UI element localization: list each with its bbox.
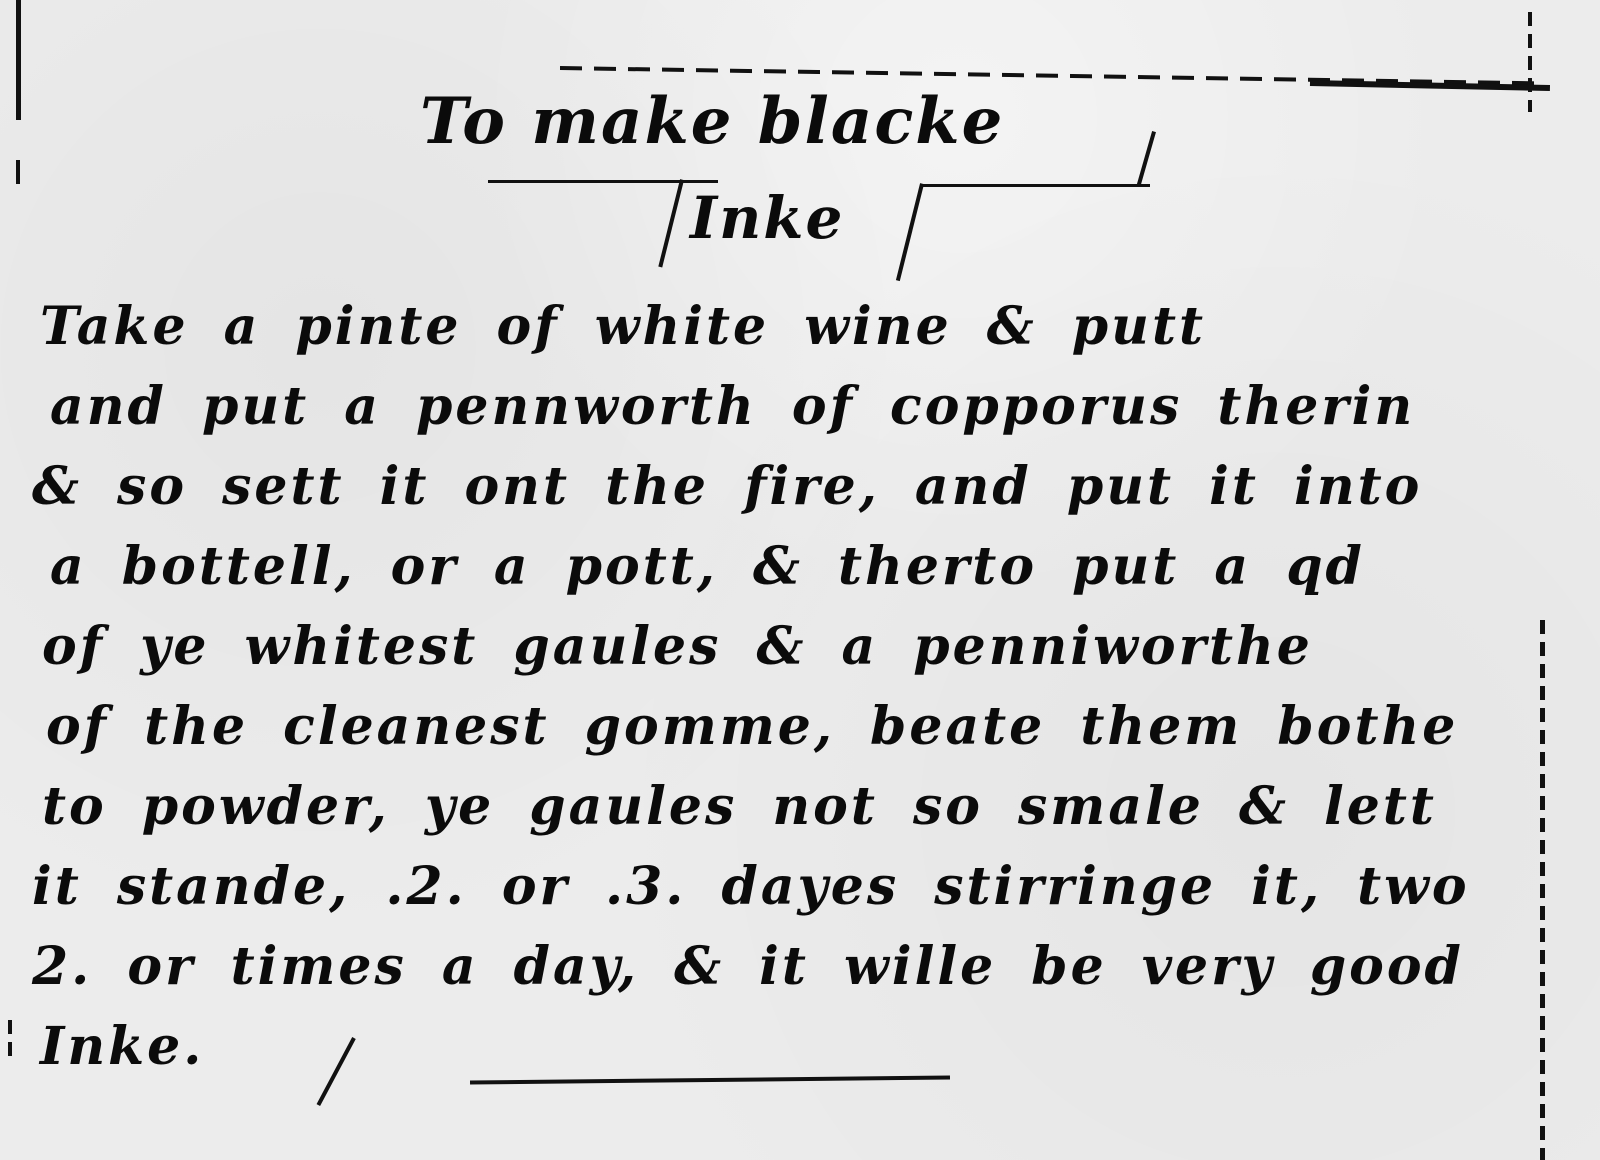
recipe-title: To make blacke Inke: [400, 74, 1200, 264]
body-line: it stande, .2. or .3. dayes stirringe it…: [32, 846, 1552, 928]
body-line: Inke.: [40, 1006, 1560, 1088]
title-bracket-end: [1137, 131, 1159, 187]
title-bracket-left: [658, 179, 687, 268]
left-margin-dots: [8, 1020, 12, 1060]
body-line: 2. or times a day, & it wille be very go…: [32, 926, 1552, 1008]
title-bracket-right: [896, 183, 927, 282]
left-margin-rule: [16, 0, 21, 120]
title-underline-right: [920, 184, 1150, 187]
body-line: Take a pinte of white wine & putt: [40, 286, 1560, 368]
body-line: of ye whitest gaules & a penniworthe: [42, 606, 1562, 688]
title-line-2: Inke: [690, 184, 844, 252]
body-line: of the cleanest gomme, beate them bothe: [46, 686, 1566, 768]
body-line: & so sett it ont the fire, and put it in…: [32, 446, 1552, 528]
right-margin-rule-top: [1528, 12, 1532, 112]
left-margin-rule-fragment: [16, 160, 20, 184]
body-line: to powder, ye gaules not so smale & lett: [42, 766, 1562, 848]
body-line: and put a pennworth of copporus therin: [50, 366, 1570, 448]
title-line-1: To make blacke: [420, 84, 1004, 159]
manuscript-page: To make blacke Inke Take a pinte of whit…: [0, 0, 1600, 1160]
recipe-body: Take a pinte of white wine & putt and pu…: [20, 286, 1540, 1106]
body-line: a bottell, or a pott, & therto put a qd: [50, 526, 1570, 608]
